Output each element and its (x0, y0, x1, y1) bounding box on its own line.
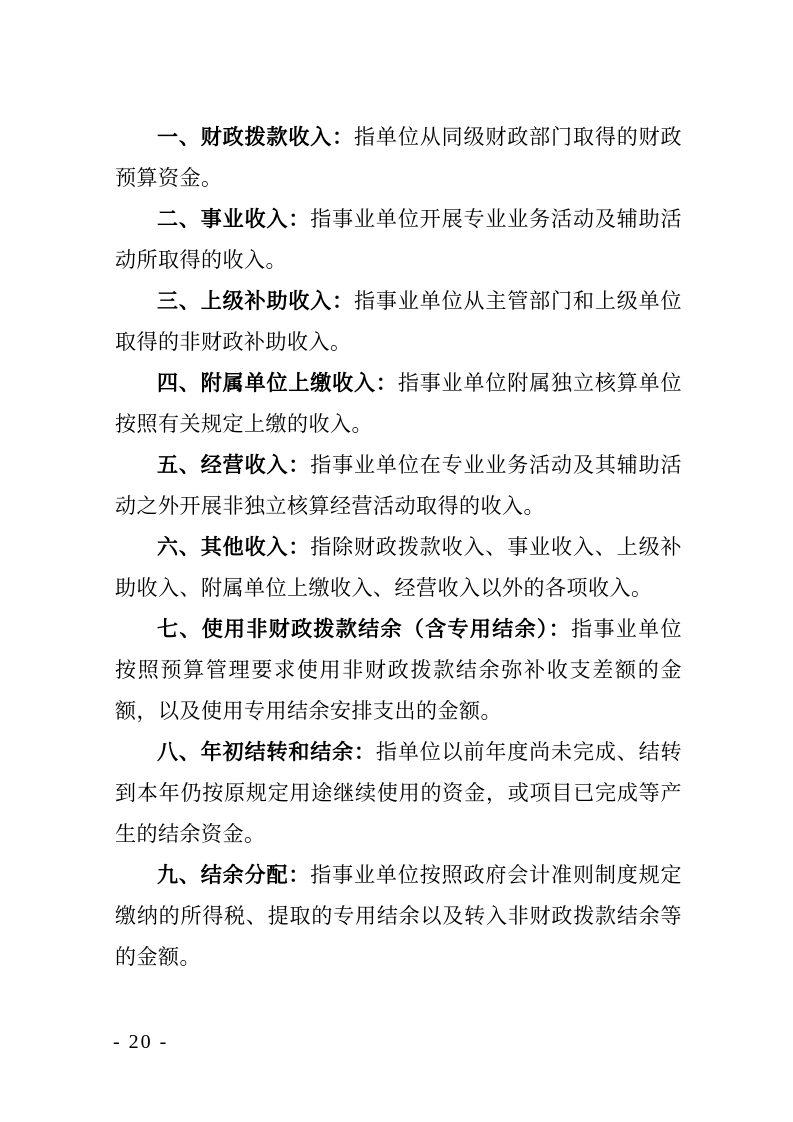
document-page: 一、财政拨款收入：指单位从同级财政部门取得的财政预算资金。 二、事业收入：指事业… (0, 0, 793, 1122)
definition-paragraph: 三、上级补助收入：指事业单位从主管部门和上级单位取得的非财政补助收入。 (115, 281, 682, 363)
term-label: 一、财政拨款收入： (157, 125, 354, 149)
term-label: 九、结余分配： (157, 863, 310, 887)
term-label: 八、年初结转和结余： (157, 740, 376, 764)
term-label: 二、事业收入： (157, 207, 310, 231)
definition-paragraph: 六、其他收入：指除财政拨款收入、事业收入、上级补助收入、附属单位上缴收入、经营收… (115, 527, 682, 609)
term-label: 七、使用非财政拨款结余（含专用结余）： (157, 617, 571, 641)
definition-paragraph: 九、结余分配：指事业单位按照政府会计准则制度规定缴纳的所得税、提取的专用结余以及… (115, 855, 682, 978)
term-label: 四、附属单位上缴收入： (157, 371, 398, 395)
definitions-section: 一、财政拨款收入：指单位从同级财政部门取得的财政预算资金。 二、事业收入：指事业… (115, 117, 682, 978)
term-label: 三、上级补助收入： (157, 289, 354, 313)
page-number: - 20 - (113, 1031, 168, 1054)
definition-paragraph: 一、财政拨款收入：指单位从同级财政部门取得的财政预算资金。 (115, 117, 682, 199)
definition-paragraph: 七、使用非财政拨款结余（含专用结余）：指事业单位按照预算管理要求使用非财政拨款结… (115, 609, 682, 732)
definition-paragraph: 五、经营收入：指事业单位在专业业务活动及其辅助活动之外开展非独立核算经营活动取得… (115, 445, 682, 527)
term-label: 六、其他收入： (157, 535, 310, 559)
definition-paragraph: 四、附属单位上缴收入：指事业单位附属独立核算单位按照有关规定上缴的收入。 (115, 363, 682, 445)
definition-paragraph: 八、年初结转和结余：指单位以前年度尚未完成、结转到本年仍按原规定用途继续使用的资… (115, 732, 682, 855)
term-label: 五、经营收入： (157, 453, 310, 477)
definition-paragraph: 二、事业收入：指事业单位开展专业业务活动及辅助活动所取得的收入。 (115, 199, 682, 281)
